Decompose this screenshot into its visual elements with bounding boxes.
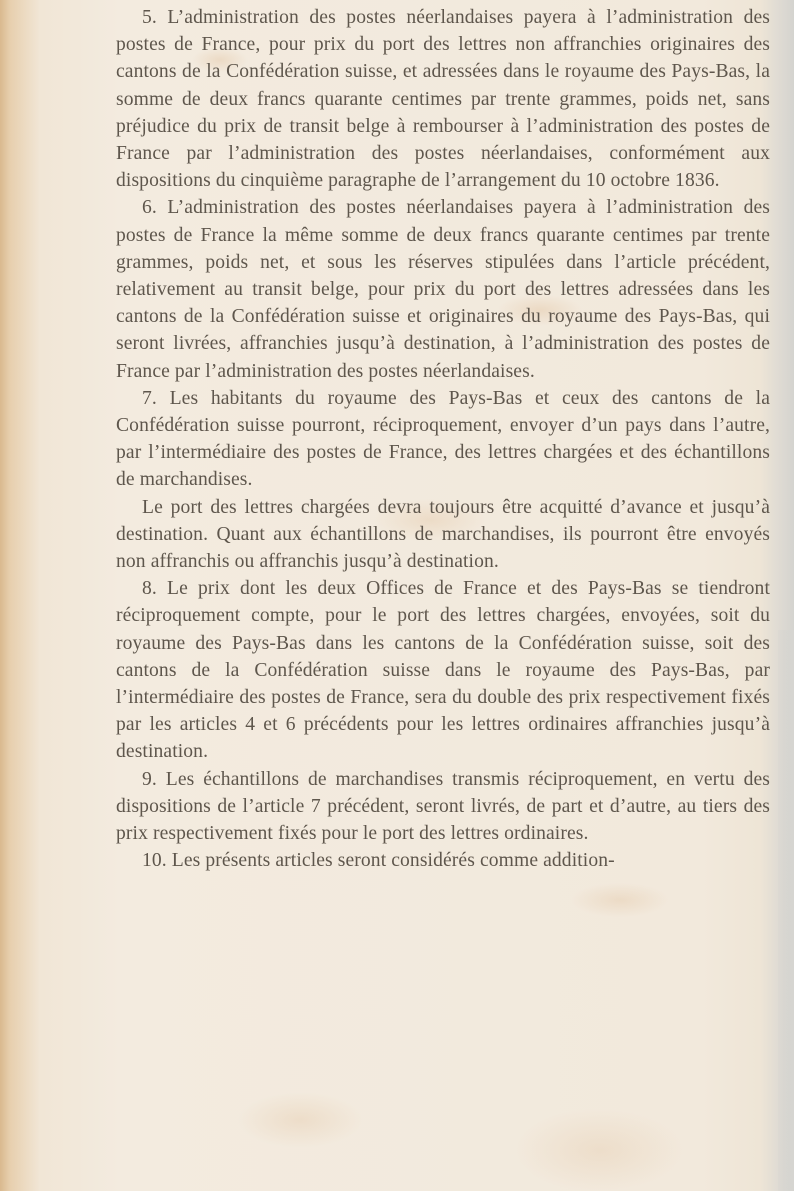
article-7-continuation: Le port des lettres chargées devra toujo…: [116, 494, 770, 576]
article-text: L’administration des postes néerlandaise…: [116, 7, 770, 191]
article-text: Les échantillons de marchandises transmi…: [116, 769, 770, 844]
article-8: 8. Le prix dont les deux Offices de Fran…: [116, 575, 770, 765]
article-5: 5. L’administration des postes néerlanda…: [116, 4, 770, 194]
article-text: L’administration des postes néerlandaise…: [116, 197, 770, 381]
article-number: 5.: [142, 7, 157, 28]
article-number: 6.: [142, 197, 157, 218]
article-6: 6. L’administration des postes néerlanda…: [116, 194, 770, 384]
article-7: 7. Les habitants du royaume des Pays-Bas…: [116, 385, 770, 494]
scanned-page: 5. L’administration des postes néerlanda…: [0, 0, 794, 1191]
article-number: 9.: [142, 769, 157, 790]
page-body-text: 5. L’administration des postes néerlanda…: [116, 4, 770, 875]
article-number: 7.: [142, 388, 157, 409]
article-number: 8.: [142, 578, 157, 599]
article-number: 10.: [142, 850, 167, 871]
article-text: Le port des lettres chargées devra toujo…: [116, 497, 770, 572]
article-10: 10. Les présents articles seront considé…: [116, 847, 770, 874]
article-text: Les habitants du royaume des Pays-Bas et…: [116, 388, 770, 491]
article-9: 9. Les échantillons de marchandises tran…: [116, 766, 770, 848]
article-text: Les présents articles seront considérés …: [172, 850, 615, 871]
article-text: Le prix dont les deux Offices de France …: [116, 578, 770, 762]
